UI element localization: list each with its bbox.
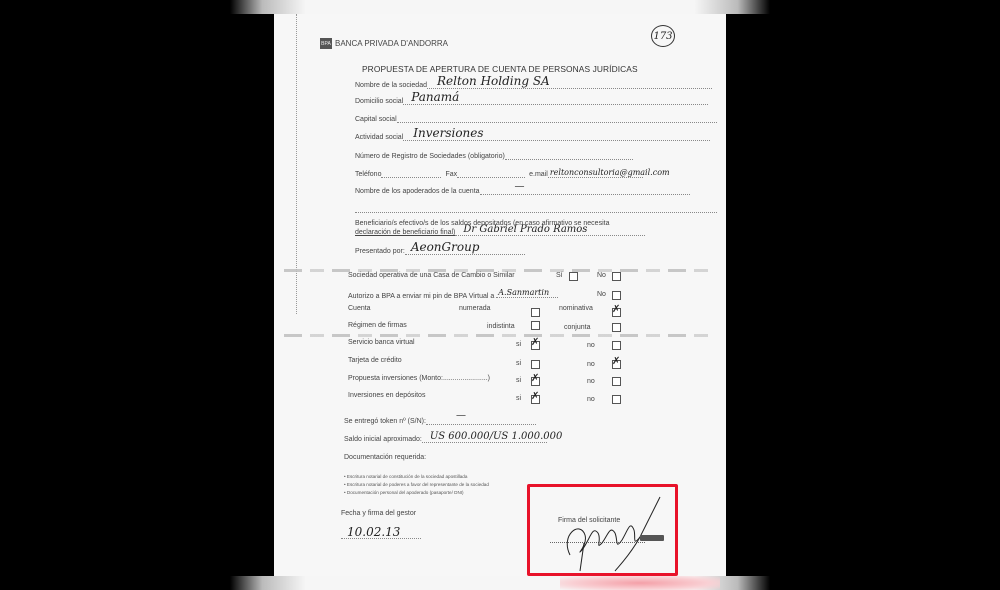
field-value: reltonconsultoria@gmail.com: [550, 168, 670, 177]
field-token: Se entregó token nº (S/N): —: [344, 416, 536, 425]
option-label: Autorizo a BPA a enviar mi pin de BPA Vi…: [348, 293, 494, 300]
signature-icon: [560, 495, 670, 573]
checkbox-casa-cambio-no[interactable]: [612, 272, 621, 281]
option-autorizo-pin: Autorizo a BPA a enviar mi pin de BPA Vi…: [348, 289, 558, 300]
option-label: Propuesta inversiones (Monto:...........…: [348, 375, 490, 382]
option-conjunta-label: conjunta: [564, 324, 590, 331]
scan-noise: [284, 334, 716, 337]
field-value: AeonGroup: [411, 240, 480, 254]
option-no-label: No: [597, 291, 606, 298]
checkbox-tarjeta-no[interactable]: [612, 360, 621, 369]
option-propuesta-inversiones: Propuesta inversiones (Monto:...........…: [348, 375, 490, 382]
scan-top-band: [230, 0, 770, 14]
option-banca-virtual: Servicio banca virtual: [348, 339, 415, 346]
field-beneficiarios: Beneficiario/s efectivo/s de los saldos …: [355, 220, 645, 236]
option-regimen-firmas: Régimen de firmas: [348, 322, 407, 329]
bank-logo: BPA BANCA PRIVADA D'ANDORRA: [320, 38, 448, 49]
option-si-label: si: [516, 395, 521, 402]
checkbox-depositos-si[interactable]: [531, 395, 540, 404]
gestor-label: Fecha y firma del gestor: [341, 510, 416, 517]
documentacion-list: Escritura notarial de constitución de la…: [344, 473, 489, 497]
checkbox-autorizo-no[interactable]: [612, 291, 621, 300]
checkbox-tarjeta-si[interactable]: [531, 360, 540, 369]
option-label: Sociedad operativa de una Casa de Cambio…: [348, 272, 515, 279]
page-number: 173: [651, 25, 675, 47]
option-label: Servicio banca virtual: [348, 339, 415, 346]
checkbox-banca-virtual-no[interactable]: [612, 341, 621, 350]
field-apoderados: Nombre de los apoderados de la cuenta —: [355, 186, 690, 195]
field-value: Inversiones: [413, 126, 483, 140]
option-cuenta: Cuenta: [348, 305, 371, 312]
documentacion-item: Documentación personal del apoderado (pa…: [344, 489, 489, 497]
option-no-label: no: [587, 396, 595, 403]
field-label: Capital social: [355, 116, 397, 123]
field-label: e.mail: [529, 171, 548, 178]
form-title: PROPUESTA DE APERTURA DE CUENTA DE PERSO…: [362, 64, 638, 74]
field-label: Saldo inicial aproximado:: [344, 436, 422, 443]
field-capital-social: Capital social: [355, 114, 717, 123]
option-si-label: Sí: [556, 272, 563, 279]
documentacion-item: Escritura notarial de poderes a favor de…: [344, 481, 489, 489]
field-label: Nombre de la sociedad: [355, 82, 427, 89]
checkbox-regimen-indistinta[interactable]: [531, 321, 540, 330]
field-label: Número de Registro de Sociedades (obliga…: [355, 153, 505, 160]
highlight-glow: [560, 576, 720, 590]
option-handwritten: A.Sanmartin: [498, 288, 549, 297]
signature-highlight-box: Firma del solicitante: [527, 484, 678, 576]
checkbox-depositos-no[interactable]: [612, 395, 621, 404]
option-numerada-label: numerada: [459, 305, 491, 312]
option-si-label: si: [516, 377, 521, 384]
option-no-label: No: [597, 272, 606, 279]
checkbox-cuenta-numerada[interactable]: [531, 308, 540, 317]
bank-name: BANCA PRIVADA D'ANDORRA: [335, 39, 448, 48]
field-value: US 600.000/US 1.000.000: [430, 431, 563, 442]
field-value: —: [515, 181, 525, 192]
field-label: Se entregó token nº (S/N):: [344, 418, 426, 425]
field-value: Dr Gabriel Prado Ramos: [463, 224, 587, 235]
field-label: Domicilio social: [355, 98, 403, 105]
option-no-label: no: [587, 378, 595, 385]
field-label: Fax: [445, 171, 457, 178]
stamp-mark: [640, 535, 664, 541]
field-numero-registro: Número de Registro de Sociedades (obliga…: [355, 151, 633, 160]
option-label: Cuenta: [348, 305, 371, 312]
option-tarjeta-credito: Tarjeta de crédito: [348, 357, 402, 364]
field-label: Teléfono: [355, 171, 381, 178]
field-domicilio-social: Domicilio social Panamá: [355, 96, 708, 105]
option-indistinta-label: indistinta: [487, 323, 515, 330]
option-label: Tarjeta de crédito: [348, 357, 402, 364]
checkbox-regimen-conjunta[interactable]: [612, 323, 621, 332]
option-no-label: no: [587, 361, 595, 368]
field-separator-line: [355, 204, 717, 213]
gestor-signature-line: 10.02.13: [341, 524, 421, 539]
field-value: Relton Holding SA: [437, 74, 550, 88]
option-no-label: no: [587, 342, 595, 349]
field-value: —: [456, 410, 466, 421]
field-presentado-por: Presentado por: AeonGroup: [355, 246, 525, 255]
checkbox-banca-virtual-si[interactable]: [531, 341, 540, 350]
checkbox-propuesta-no[interactable]: [612, 377, 621, 386]
field-telefono-fax-email: Teléfono Fax e.mail reltonconsultoria@gm…: [355, 169, 643, 178]
documentacion-label: Documentación requerida:: [344, 454, 426, 461]
field-label: Nombre de los apoderados de la cuenta: [355, 188, 480, 195]
field-saldo-inicial: Saldo inicial aproximado: US 600.000/US …: [344, 434, 547, 443]
field-value: Panamá: [411, 90, 459, 104]
option-label: Régimen de firmas: [348, 322, 407, 329]
checkbox-cuenta-nominativa[interactable]: [612, 308, 621, 317]
checkbox-propuesta-si[interactable]: [531, 377, 540, 386]
option-nominativa-label: nominativa: [559, 305, 593, 312]
option-si-label: si: [516, 341, 521, 348]
field-nombre-sociedad: Nombre de la sociedad Relton Holding SA: [355, 80, 712, 89]
option-label: Inversiones en depósitos: [348, 392, 425, 399]
gestor-date: 10.02.13: [347, 525, 400, 539]
field-label: Actividad social: [355, 134, 403, 141]
field-actividad-social: Actividad social Inversiones: [355, 132, 710, 141]
documentacion-item: Escritura notarial de constitución de la…: [344, 473, 489, 481]
bpa-logo-icon: BPA: [320, 38, 332, 49]
option-si-label: si: [516, 360, 521, 367]
option-inversiones-depositos: Inversiones en depósitos: [348, 392, 425, 399]
field-label: Presentado por:: [355, 248, 405, 255]
checkbox-casa-cambio-si[interactable]: [569, 272, 578, 281]
option-casa-cambio: Sociedad operativa de una Casa de Cambio…: [348, 272, 515, 279]
field-label: declaración de beneficiario final): [355, 229, 455, 236]
